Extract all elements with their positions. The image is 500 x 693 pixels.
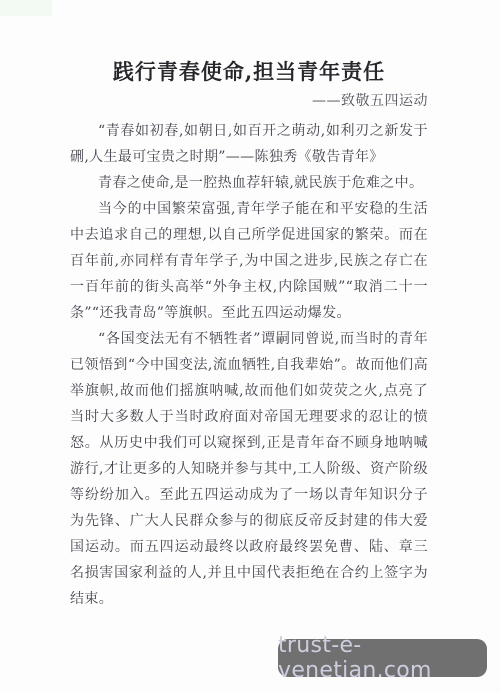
watermark-badge: trust-e-venetian.com <box>278 639 487 677</box>
paragraph: 当今的中国繁荣富强,青年学子能在和平安稳的生活中去追求自己的理想,以自己所学促进… <box>70 196 428 326</box>
watermark-text: trust-e-venetian.com <box>278 633 487 683</box>
document-title: 践行青春使命,担当青年责任 <box>70 58 428 86</box>
paragraph: “各国变法无有不牺牲者”谭嗣同曾说,而当时的青年已领悟到“今中国变法,流血牺牲,… <box>70 326 428 612</box>
paragraph: “青春如初春,如朝日,如百开之萌动,如利刃之新发于硎,人生最可宝贵之时期”——陈… <box>70 118 428 170</box>
document-page: 践行青春使命,担当青年责任 ——致敬五四运动 “青春如初春,如朝日,如百开之萌动… <box>0 0 500 693</box>
paragraph: 青春之使命,是一腔热血荐轩辕,就民族于危难之中。 <box>70 170 428 196</box>
document-subtitle: ——致敬五四运动 <box>70 90 428 112</box>
document-body: “青春如初春,如朝日,如百开之萌动,如利刃之新发于硎,人生最可宝贵之时期”——陈… <box>70 118 428 612</box>
